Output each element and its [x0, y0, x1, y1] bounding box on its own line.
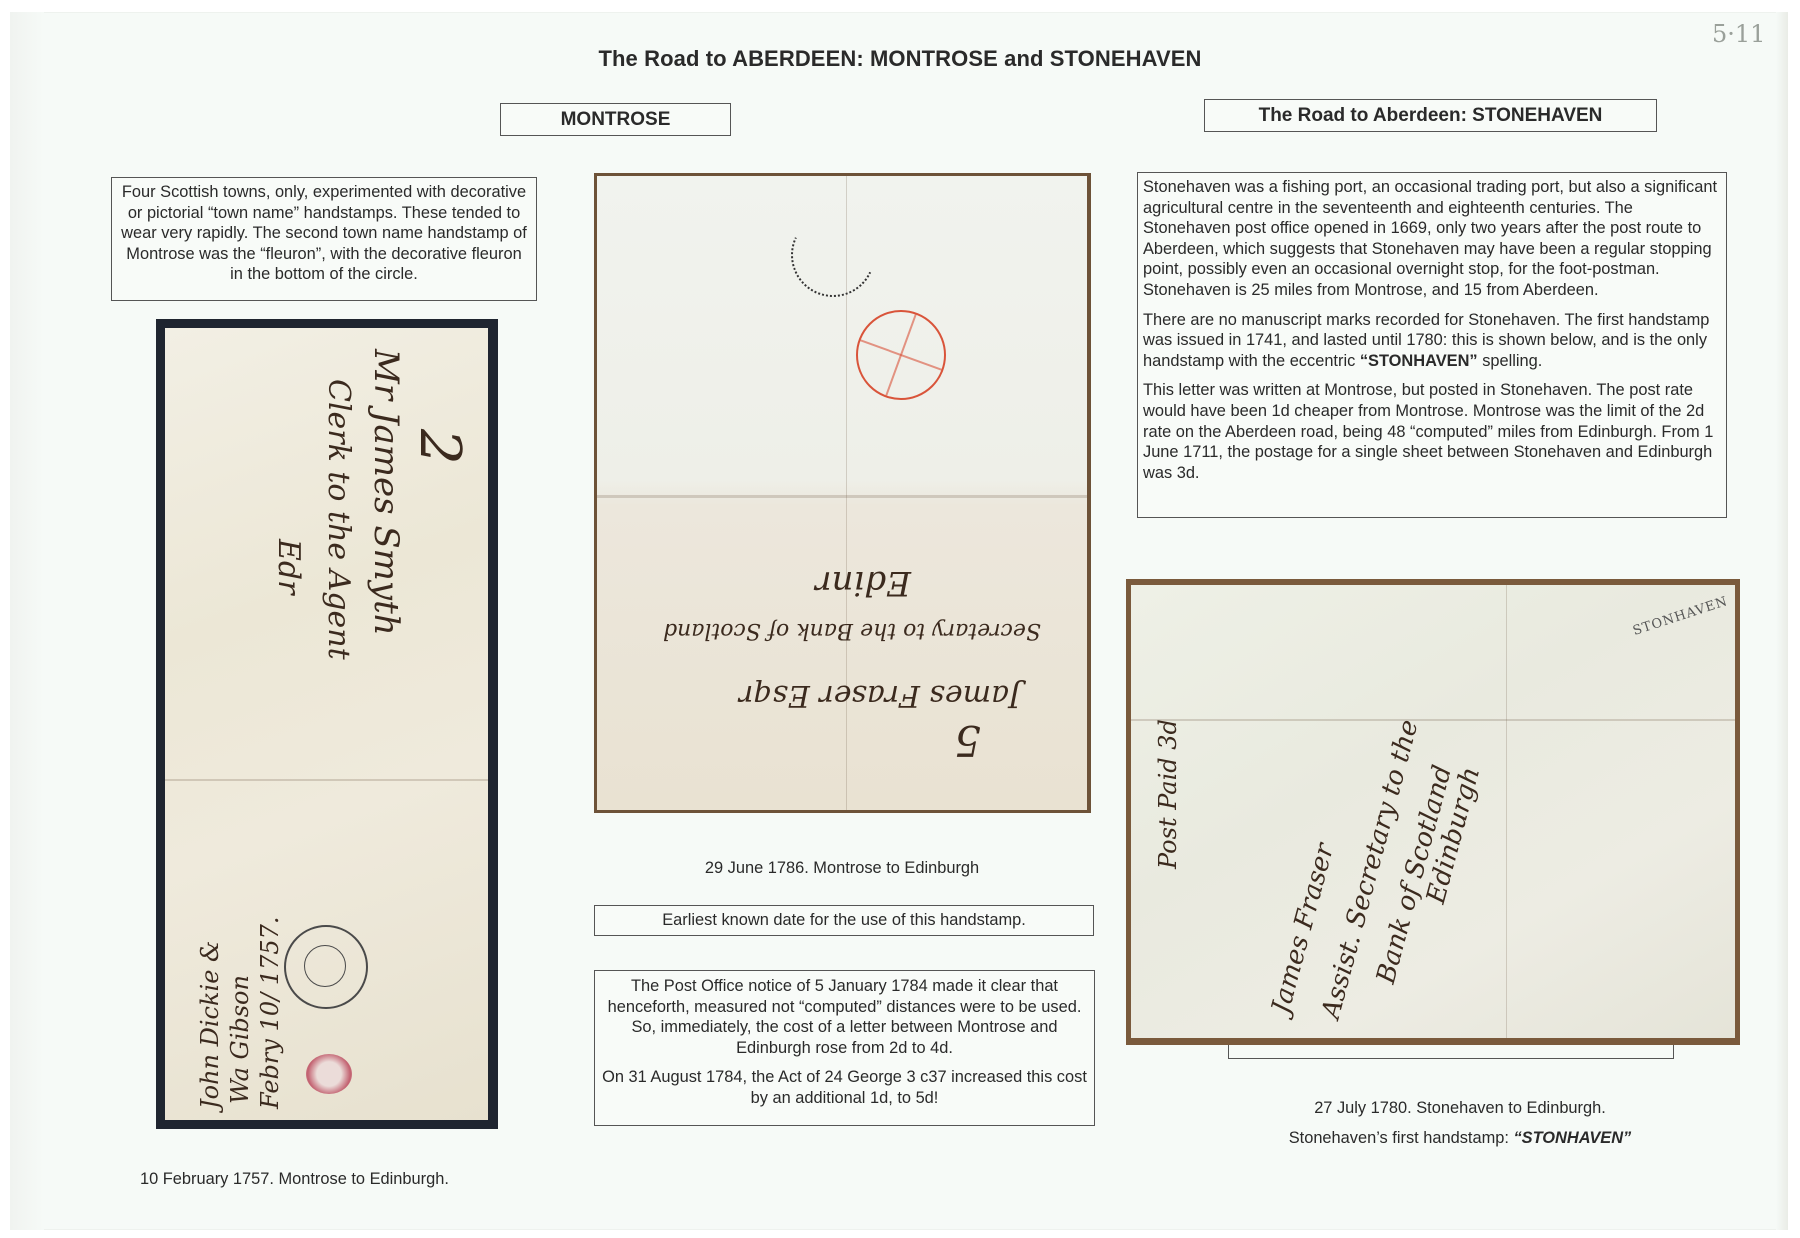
- notice-paragraph-2: On 31 August 1784, the Act of 24 George …: [599, 1067, 1090, 1108]
- post-paid-endorsement: Post Paid 3d: [1154, 719, 1182, 869]
- stonehaven-heading-label: The Road to Aberdeen: STONEHAVEN: [1259, 105, 1603, 127]
- letter1-address-line-1: Mr James Smyth: [366, 349, 406, 636]
- red-circular-postmark: [856, 310, 946, 400]
- stonehaven-paragraph-3: This letter was written at Montrose, but…: [1143, 380, 1721, 483]
- page-title: The Road to ABERDEEN: MONTROSE and STONE…: [0, 46, 1800, 72]
- stonehaven-paragraph-2: There are no manuscript marks recorded f…: [1143, 310, 1721, 372]
- letter1-address-line-3: Edr: [271, 539, 306, 594]
- letter1-docket-line-1: John Dickie &: [196, 941, 224, 1109]
- stonehaven-paragraph-1: Stonehaven was a fishing port, an occasi…: [1143, 177, 1721, 301]
- stonehaven-heading: The Road to Aberdeen: STONEHAVEN: [1204, 99, 1657, 132]
- letter1-address-line-2: Clerk to the Agent: [321, 379, 356, 660]
- letter1-rate-mark: 2: [407, 429, 472, 465]
- montrose-heading-label: MONTROSE: [561, 109, 671, 131]
- montrose-heading: MONTROSE: [500, 103, 731, 136]
- letter1-docket-line-2: Wa Gibson: [226, 975, 254, 1104]
- letter2-address-line-1: James Fraser Esqr: [739, 678, 1021, 713]
- letter-1757-image: Mr James Smyth Clerk to the Agent Edr 2 …: [156, 319, 498, 1129]
- page-edge: [10, 12, 44, 1230]
- montrose-fleuron-postmark: [284, 925, 368, 1009]
- letter-1786-image: 5 James Fraser Esqr Secretary to the Ban…: [591, 173, 1093, 818]
- stonehaven-text-box: Stonehaven was a fishing port, an occasi…: [1137, 172, 1727, 518]
- earliest-date-note-text: Earliest known date for the use of this …: [662, 911, 1026, 929]
- letter-1780-image: STONHAVEN Post Paid 3d James Fraser Assi…: [1126, 579, 1740, 1045]
- red-wax-seal: [306, 1054, 352, 1094]
- letter3-caption-line-1: 27 July 1780. Stonehaven to Edinburgh.: [1220, 1099, 1700, 1118]
- post-office-notice-box: The Post Office notice of 5 January 1784…: [594, 970, 1095, 1126]
- montrose-intro-text: Four Scottish towns, only, experimented …: [118, 182, 530, 285]
- earliest-date-note: Earliest known date for the use of this …: [594, 905, 1094, 936]
- letter1-docket-line-3: Febry 10/ 1757.: [256, 916, 284, 1109]
- page-number: 5·11: [1712, 20, 1765, 48]
- montrose-intro-box: Four Scottish towns, only, experimented …: [111, 177, 537, 301]
- letter2-rate-mark: 5: [954, 716, 981, 765]
- letter2-address-line-2: Secretary to the Bank of Scotland: [663, 618, 1041, 643]
- page-edge: [1776, 12, 1788, 1230]
- letter2-address-line-3: Edinr: [815, 563, 911, 603]
- letter1-caption: 10 February 1757. Montrose to Edinburgh.: [140, 1170, 510, 1189]
- bracket-line: [1228, 1045, 1674, 1059]
- letter2-caption: 29 June 1786. Montrose to Edinburgh: [591, 859, 1093, 878]
- letter3-caption-line-2: Stonehaven’s first handstamp: “STONHAVEN…: [1220, 1129, 1700, 1148]
- notice-paragraph-1: The Post Office notice of 5 January 1784…: [599, 976, 1090, 1058]
